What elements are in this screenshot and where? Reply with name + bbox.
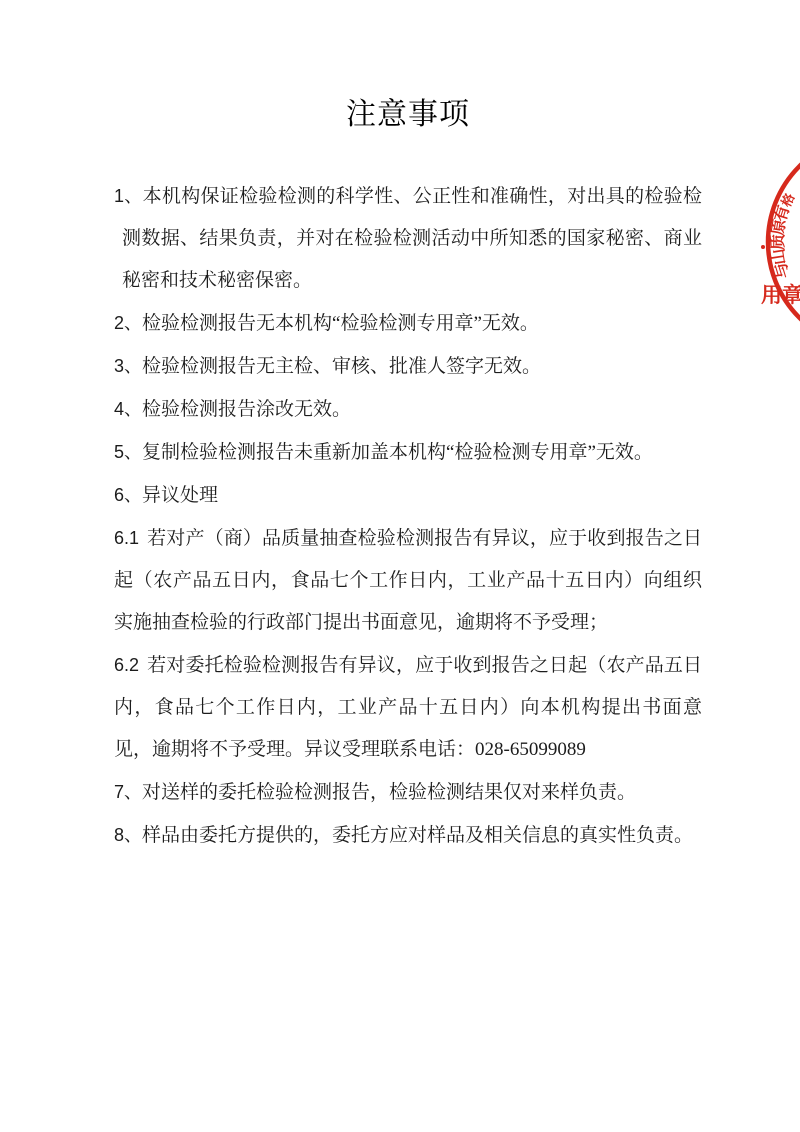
seal-arc-char: 格 — [778, 191, 797, 209]
item-marker: 5、 — [114, 442, 142, 462]
item-marker: 1、 — [114, 186, 143, 206]
seal-arc-char: 山 — [769, 247, 789, 266]
item-text: 若对产（商）品质量抽查检验检测报告有异议，应于收到报告之日起（农产品五日内，食品… — [114, 528, 702, 633]
seal-arc-char: 与 — [770, 260, 793, 281]
notice-item-7: 7、对送样的委托检验检测报告，检验检测结果仅对来样负责。 — [114, 771, 702, 814]
notice-item-6-1: 6.1若对产（商）品质量抽查检验检测报告有异议，应于收到报告之日起（农产品五日内… — [114, 517, 702, 644]
page-title: 注意事项 — [114, 95, 702, 135]
item-marker: 4、 — [114, 399, 142, 419]
item-text: 复制检验检测报告未重新加盖本机构“检验检测专用章”无效。 — [142, 442, 653, 463]
item-text: 对送样的委托检验检测报告，检验检测结果仅对来样负责。 — [142, 782, 636, 803]
item-marker: 7、 — [114, 782, 142, 802]
item-marker: 3、 — [114, 356, 142, 376]
notice-item-6: 6、异议处理 — [114, 474, 702, 517]
item-marker: 8、 — [114, 825, 142, 845]
item-marker: 2、 — [114, 313, 142, 333]
item-marker: 6、 — [114, 485, 142, 505]
item-text: 样品由委托方提供的，委托方应对样品及相关信息的真实性负责。 — [142, 825, 693, 846]
item-text: 检验检测报告无主检、审核、批准人签字无效。 — [142, 356, 541, 377]
item-text: 检验检测报告无本机构“检验检测专用章”无效。 — [142, 313, 539, 334]
seal-border-arc — [768, 140, 800, 330]
page-content: 注意事项 1、本机构保证检验检测的科学性、公正性和准确性，对出具的检验检测数据、… — [114, 95, 702, 857]
seal-bottom-text: 用章 — [761, 283, 800, 307]
notice-item-3: 3、检验检测报告无主检、审核、批准人签字无效。 — [114, 345, 702, 388]
item-marker: 6.1 — [114, 528, 139, 548]
item-text: 异议处理 — [142, 485, 218, 506]
item-text: 检验检测报告涂改无效。 — [142, 399, 351, 420]
item-text: 若对委托检验检测报告有异议，应于收到报告之日起（农产品五日内，食品七个工作日内，… — [114, 655, 702, 760]
official-seal-stamp: 格 有 原 质 山 与 用章 — [740, 140, 800, 330]
seal-arc-char: 原 — [768, 218, 789, 237]
notice-list: 1、本机构保证检验检测的科学性、公正性和准确性，对出具的检验检测数据、结果负责，… — [114, 175, 702, 857]
notice-item-8: 8、样品由委托方提供的，委托方应对样品及相关信息的真实性负责。 — [114, 814, 702, 857]
seal-dot — [761, 245, 765, 249]
seal-arc-char: 质 — [768, 234, 787, 250]
item-marker: 6.2 — [114, 655, 139, 675]
notice-page: 注意事项 1、本机构保证检验检测的科学性、公正性和准确性，对出具的检验检测数据、… — [0, 0, 800, 1132]
notice-item-4: 4、检验检测报告涂改无效。 — [114, 388, 702, 431]
item-text: 本机构保证检验检测的科学性、公正性和准确性，对出具的检验检测数据、结果负责，并对… — [122, 186, 702, 291]
notice-item-1: 1、本机构保证检验检测的科学性、公正性和准确性，对出具的检验检测数据、结果负责，… — [114, 175, 702, 302]
seal-arc-char: 有 — [770, 203, 793, 224]
notice-item-5: 5、复制检验检测报告未重新加盖本机构“检验检测专用章”无效。 — [114, 431, 702, 474]
notice-item-6-2: 6.2若对委托检验检测报告有异议，应于收到报告之日起（农产品五日内，食品七个工作… — [114, 644, 702, 771]
notice-item-2: 2、检验检测报告无本机构“检验检测专用章”无效。 — [114, 302, 702, 345]
